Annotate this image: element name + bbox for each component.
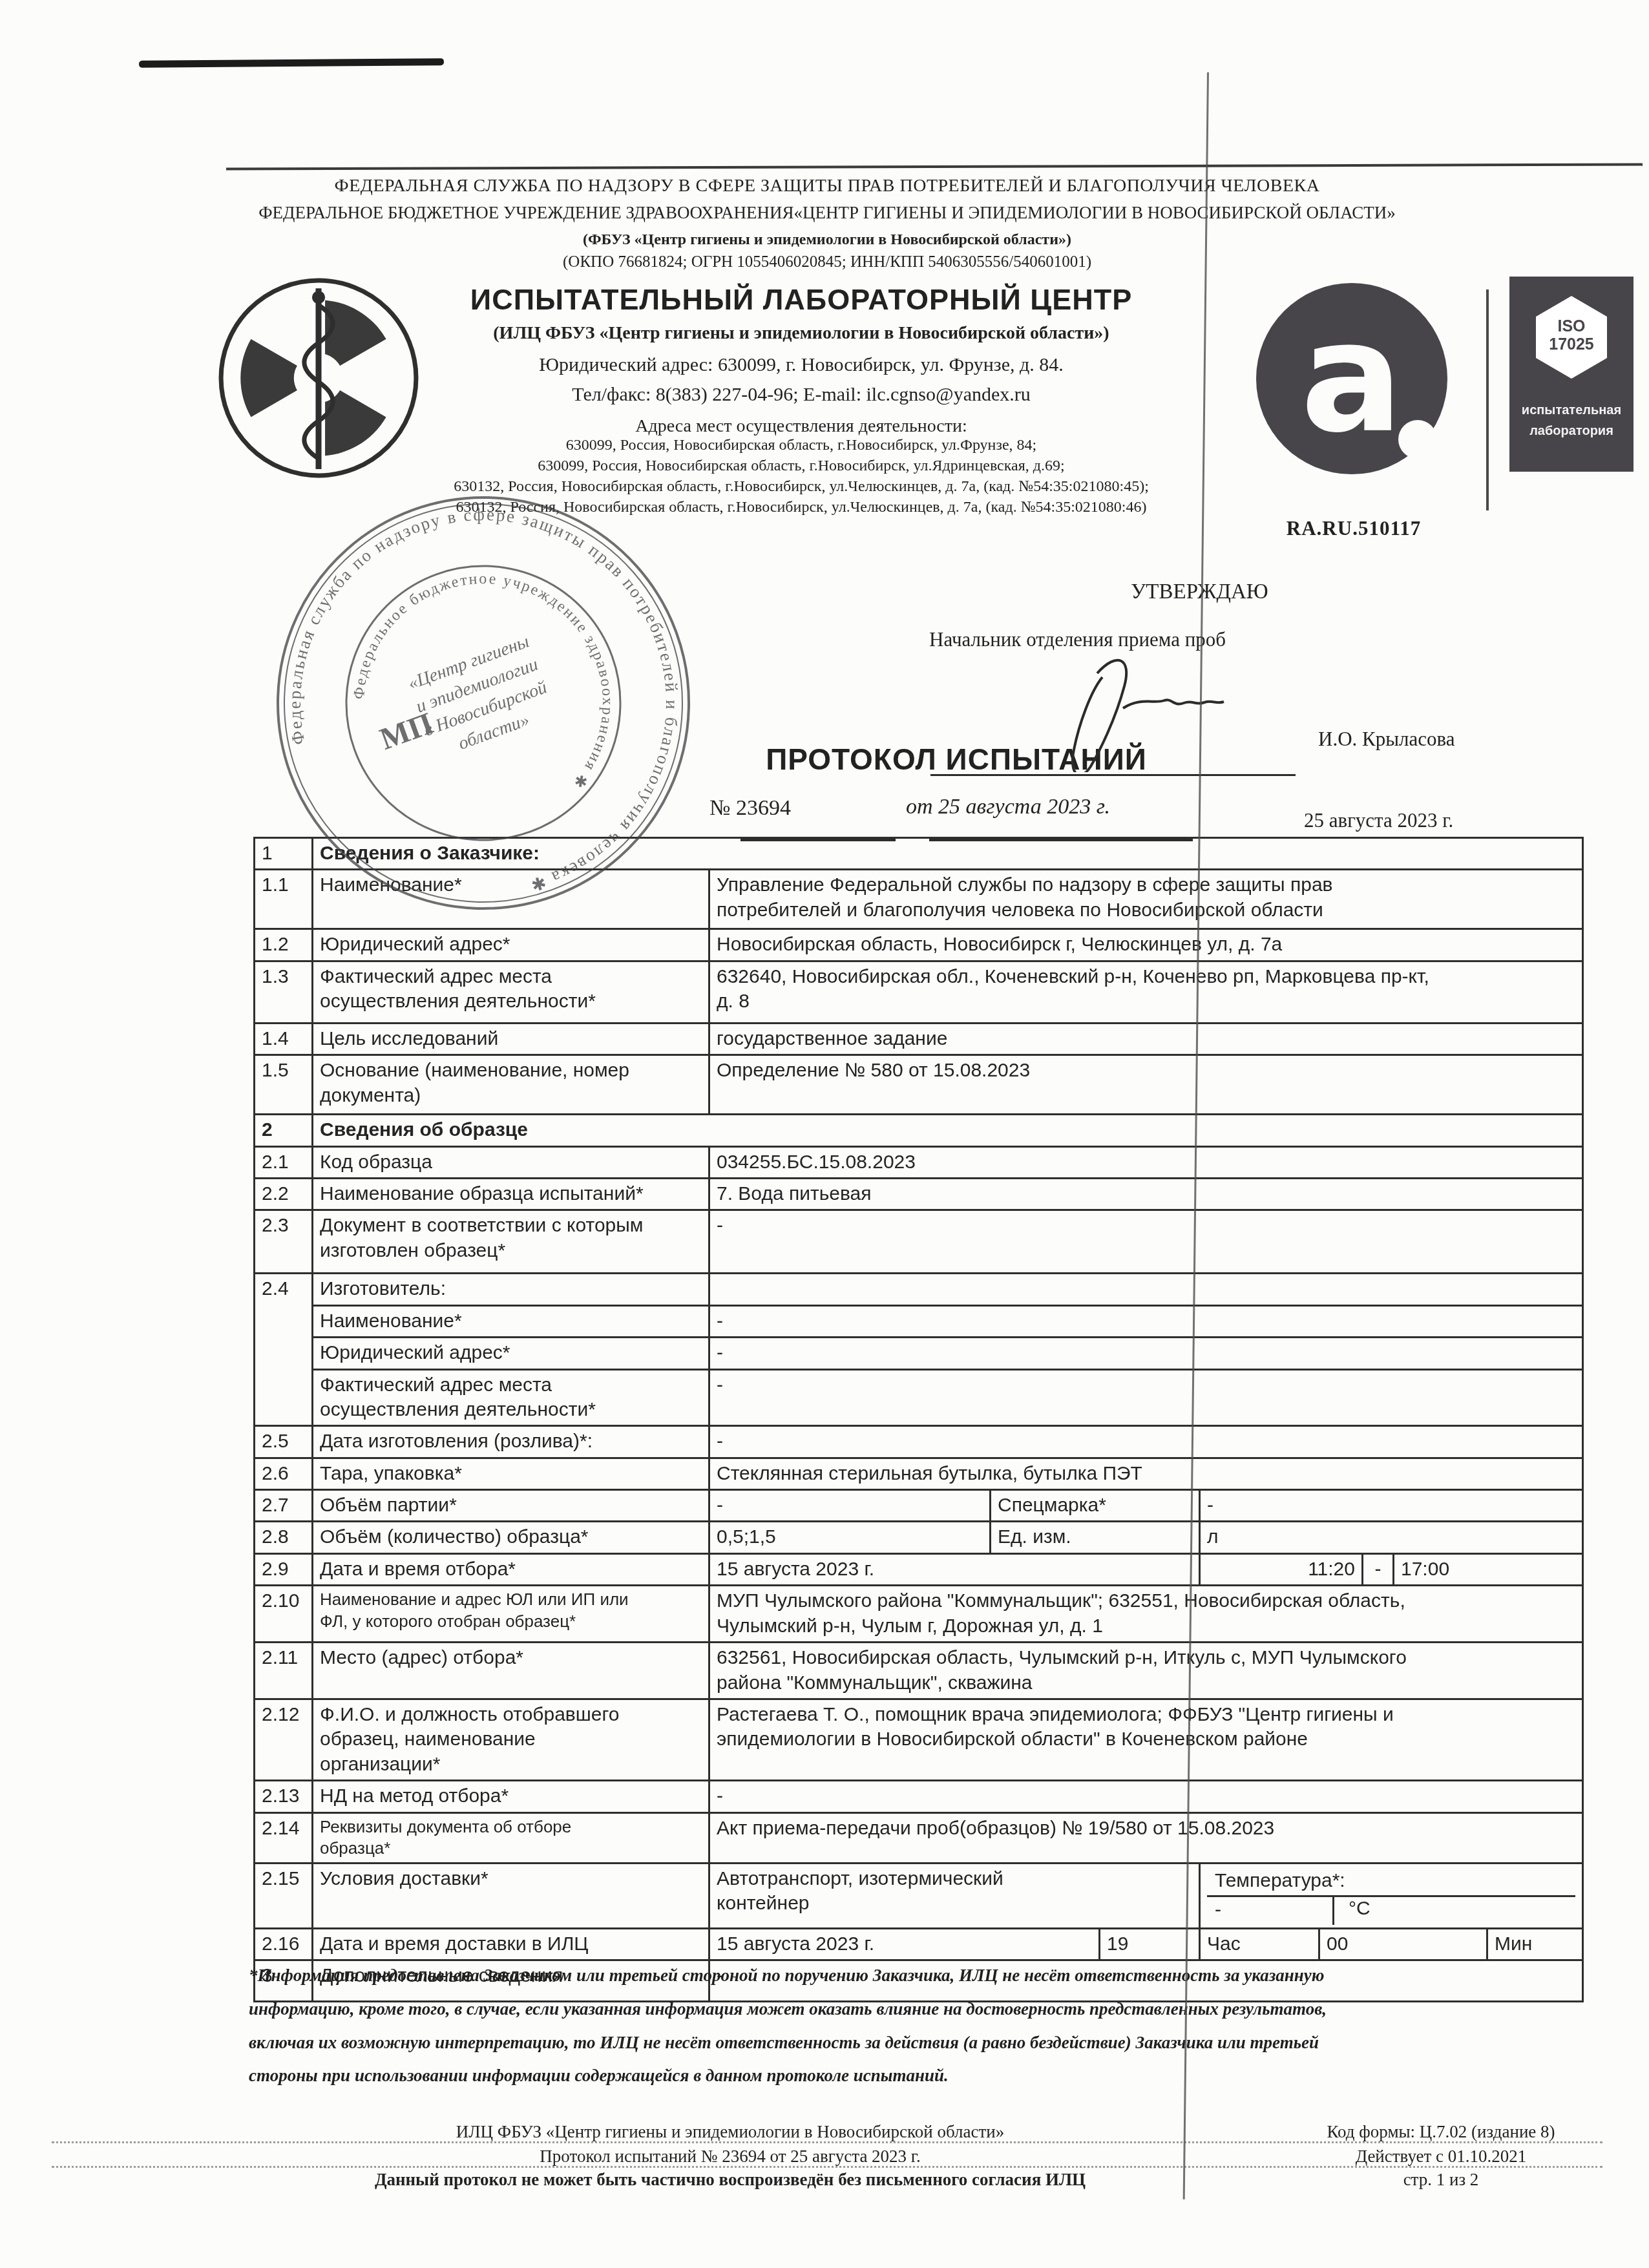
row-label: Дата и время доставки в ИЛЦ (313, 1928, 709, 1960)
row-label: Наименование и адрес ЮЛ или ИП или ФЛ, у… (313, 1586, 709, 1643)
table-row: 2.11 Место (адрес) отбора* 632561, Новос… (255, 1643, 1583, 1699)
footer-protocol-ref: Протокол испытаний № 23694 от 25 августа… (246, 2147, 1215, 2167)
row-value: Новосибирская область, Новосибирск г, Че… (709, 929, 1583, 961)
logo-divider (1486, 289, 1489, 510)
row-label: Документ в соответствии с которым изгото… (313, 1210, 709, 1274)
row-value: - (709, 1426, 1583, 1458)
scanned-test-protocol-page: ФЕДЕРАЛЬНАЯ СЛУЖБА ПО НАДЗОРУ В СФЕРЕ ЗА… (0, 0, 1649, 2268)
delivery-minute-value: 00 (1319, 1928, 1487, 1960)
row-number: 1.5 (255, 1055, 313, 1115)
row-number: 2.9 (255, 1553, 313, 1585)
table-row: 2.16 Дата и время доставки в ИЛЦ 15 авгу… (255, 1928, 1583, 1960)
row-label: Тара, упаковка* (313, 1458, 709, 1489)
temperature-block: Температура*: - °С (1200, 1863, 1583, 1928)
table-group-row: 2.4 Изготовитель: (255, 1274, 1583, 1305)
approver-signature (1040, 646, 1241, 772)
row-number: 2.3 (255, 1210, 313, 1274)
lab-center-subtitle: (ИЛЦ ФБУЗ «Центр гигиены и эпидемиологии… (310, 323, 1292, 344)
row-label: Объём (количество) образца* (313, 1522, 709, 1553)
footer-valid-from: Действует с 01.10.2021 (1279, 2147, 1602, 2167)
table-row: 1.3 Фактический адрес места осуществлени… (255, 961, 1583, 1023)
iso-17025-badge: ISO 17025 испытательная лаборатория (1509, 277, 1633, 472)
row-value: - (709, 1781, 1583, 1812)
row-value: Автотранспорт, изотермический контейнер (709, 1863, 1200, 1928)
table-row: 2.13 НД на метод отбора* - (255, 1781, 1583, 1812)
row-label: Фактический адрес места осуществления де… (313, 1369, 709, 1426)
row-value: Акт приема-передачи проб(образцов) № 19/… (709, 1812, 1583, 1863)
iso-caption: лаборатория (1509, 424, 1633, 439)
sampling-time-dash: - (1363, 1553, 1394, 1585)
table-row: 2.15 Условия доставки* Автотранспорт, из… (255, 1863, 1583, 1928)
svg-text:Федеральное бюджетное учрежден: Федеральное бюджетное учреждение здравоо… (322, 533, 648, 856)
stamp-center-line: «Центр гигиены (405, 631, 532, 693)
row-value: - (709, 1338, 1583, 1369)
row-number: 1 (255, 838, 313, 870)
row-value: 0,5;1,5 (709, 1522, 991, 1553)
row-label: Реквизиты документа об отборе образца* (313, 1812, 709, 1863)
row-label: Условия доставки* (313, 1863, 709, 1928)
sampling-time-from: 11:20 (1200, 1553, 1363, 1585)
footer-copy-restriction: Данный протокол не может быть частично в… (213, 2170, 1247, 2190)
activity-address: 630132, Россия, Новосибирская область, г… (194, 499, 1409, 516)
table-row: 2.10 Наименование и адрес ЮЛ или ИП или … (255, 1586, 1583, 1643)
section-title: Сведения об образце (313, 1115, 1583, 1146)
delivery-hour-label: Час (1200, 1928, 1319, 1960)
table-row: 2.6 Тара, упаковка* Стеклянная стерильна… (255, 1458, 1583, 1489)
row-subvalue: - (1200, 1490, 1583, 1522)
scan-artifact-bar (139, 58, 444, 68)
row-value: - (709, 1369, 1583, 1426)
row-value: 034255.БС.15.08.2023 (709, 1146, 1583, 1178)
institution-codes: (ОКПО 76681824; ОГРН 1055406020845; ИНН/… (90, 253, 1564, 271)
table-row: 2.2 Наименование образца испытаний* 7. В… (255, 1178, 1583, 1210)
table-row: 2.12 Ф.И.О. и должность отобравшего обра… (255, 1699, 1583, 1781)
row-label: Дата изготовления (розлива)*: (313, 1426, 709, 1458)
table-section-row: 1 Сведения о Заказчике: (255, 838, 1583, 870)
table-row: 2.7 Объём партии* - Спецмарка* - (255, 1490, 1583, 1522)
row-number: 2.7 (255, 1490, 313, 1522)
row-sublabel: Спецмарка* (991, 1490, 1200, 1522)
table-row: 1.2 Юридический адрес* Новосибирская обл… (255, 929, 1583, 961)
row-value: Определение № 580 от 15.08.2023 (709, 1055, 1583, 1115)
row-subvalue: л (1200, 1522, 1583, 1553)
approval-date: 25 августа 2023 г. (1304, 809, 1453, 832)
stamp-center-line: области» (456, 710, 532, 754)
row-number: 1.2 (255, 929, 313, 961)
row-value: 15 августа 2023 г. (709, 1928, 1100, 1960)
institution-short-name: (ФБУЗ «Центр гигиены и эпидемиологии в Н… (90, 231, 1564, 249)
delivery-hour-value: 19 (1100, 1928, 1200, 1960)
row-value: - (709, 1210, 1583, 1274)
row-label: Цель исследований (313, 1023, 709, 1055)
row-label: Юридический адрес* (313, 929, 709, 961)
table-row: 2.1 Код образца 034255.БС.15.08.2023 (255, 1146, 1583, 1178)
approver-name: И.О. Крыласова (1318, 728, 1455, 751)
row-sublabel: Ед. изм. (991, 1522, 1200, 1553)
row-number: 2.15 (255, 1863, 313, 1928)
row-number: 1.1 (255, 870, 313, 929)
row-number: 2.16 (255, 1928, 313, 1960)
row-number: 2.12 (255, 1699, 313, 1781)
row-label: Ф.И.О. и должность отобравшего образец, … (313, 1699, 709, 1781)
header-rule-line (226, 163, 1643, 171)
row-label: Код образца (313, 1146, 709, 1178)
iso-label: ISO (1557, 317, 1585, 335)
row-value: 632561, Новосибирская область, Чулымский… (709, 1643, 1583, 1699)
table-section-row: 2 Сведения об образце (255, 1115, 1583, 1146)
row-label: Место (адрес) отбора* (313, 1643, 709, 1699)
stamp-center-line: и эпидемиологии (414, 655, 541, 717)
table-row: 2.3 Документ в соответствии с которым из… (255, 1210, 1583, 1274)
temperature-label: Температура*: (1207, 1867, 1575, 1897)
row-number: 2.4 (255, 1274, 313, 1426)
row-value: МУП Чулымского района "Коммунальщик"; 63… (709, 1586, 1583, 1643)
row-number: 2.8 (255, 1522, 313, 1553)
row-label: Объём партии* (313, 1490, 709, 1522)
row-label: НД на метод отбора* (313, 1781, 709, 1812)
iso-number: 17025 (1549, 335, 1594, 353)
row-value: Растегаева Т. О., помощник врача эпидеми… (709, 1699, 1583, 1781)
row-number: 2.13 (255, 1781, 313, 1812)
table-subrow: Наименование* - (255, 1305, 1583, 1337)
row-value: Стеклянная стерильная бутылка, бутылка П… (709, 1458, 1583, 1489)
sample-info-table: 1 Сведения о Заказчике: 1.1 Наименование… (253, 837, 1584, 2002)
table-row: 2.14 Реквизиты документа об отборе образ… (255, 1812, 1583, 1863)
table-row: 1.4 Цель исследований государственное за… (255, 1023, 1583, 1055)
table-subrow: Юридический адрес* - (255, 1338, 1583, 1369)
row-number: 2.6 (255, 1458, 313, 1489)
rosaccreditation-mark-icon: a (1255, 277, 1449, 490)
delivery-minute-label: Мин (1487, 1928, 1583, 1960)
row-label: Юридический адрес* (313, 1338, 709, 1369)
table-row: 1.1 Наименование* Управление Федеральной… (255, 870, 1583, 929)
row-number: 1.3 (255, 961, 313, 1023)
stamp-mp-mark: МП (375, 706, 437, 757)
protocol-number: № 23694 (709, 796, 791, 821)
row-label: Изготовитель: (313, 1274, 709, 1305)
footer-page-number: стр. 1 из 2 (1279, 2170, 1602, 2190)
institution-name: ФЕДЕРАЛЬНОЕ БЮДЖЕТНОЕ УЧРЕЖДЕНИЕ ЗДРАВОО… (90, 203, 1564, 223)
row-label: Наименование* (313, 870, 709, 929)
approval-title: УТВЕРЖДАЮ (1131, 580, 1268, 604)
footer-org-name: ИЛЦ ФБУЗ «Центр гигиены и эпидемиологии … (246, 2122, 1215, 2142)
table-row: 1.5 Основание (наименование, номер докум… (255, 1055, 1583, 1115)
stamp-inner-text: Федеральное бюджетное учреждение здравоо… (322, 533, 648, 856)
phone-email: Тел/факс: 8(383) 227-04-96; E-mail: ilc.… (310, 384, 1292, 406)
lab-center-title: ИСПЫТАТЕЛЬНЫЙ ЛАБОРАТОРНЫЙ ЦЕНТР (310, 283, 1292, 317)
row-value: 632640, Новосибирская обл., Коченевский … (709, 961, 1583, 1023)
row-label: Основание (наименование, номер документа… (313, 1055, 709, 1115)
table-subrow: Фактический адрес места осуществления де… (255, 1369, 1583, 1426)
row-number: 2.10 (255, 1586, 313, 1643)
row-number: 2.1 (255, 1146, 313, 1178)
row-value: 7. Вода питьевая (709, 1178, 1583, 1210)
row-label: Дата и время отбора* (313, 1553, 709, 1585)
footer-form-code: Код формы: Ц.7.02 (издание 8) (1279, 2122, 1602, 2142)
row-value: Управление Федеральной службы по надзору… (709, 870, 1583, 929)
row-value: 15 августа 2023 г. (709, 1553, 1200, 1585)
temperature-value: - (1207, 1897, 1334, 1925)
medical-service-emblem-icon (215, 274, 423, 482)
row-value (709, 1274, 1583, 1305)
disclaimer-footnote: *Информация предоставлена Заказчиком или… (249, 1959, 1502, 2093)
legal-address: Юридический адрес: 630099, г. Новосибирс… (310, 354, 1292, 376)
row-number: 2.14 (255, 1812, 313, 1863)
svg-text:a: a (1301, 290, 1403, 467)
row-label: Наименование образца испытаний* (313, 1178, 709, 1210)
row-label: Наименование* (313, 1305, 709, 1337)
row-value: - (709, 1305, 1583, 1337)
row-label: Фактический адрес места осуществления де… (313, 961, 709, 1023)
stamp-center-line: в Новосибирской (421, 677, 550, 740)
row-value: государственное задание (709, 1023, 1583, 1055)
row-number: 2 (255, 1115, 313, 1146)
table-row: 2.8 Объём (количество) образца* 0,5;1,5 … (255, 1522, 1583, 1553)
federal-service-name: ФЕДЕРАЛЬНАЯ СЛУЖБА ПО НАДЗОРУ В СФЕРЕ ЗА… (90, 176, 1564, 196)
table-row: 2.5 Дата изготовления (розлива)*: - (255, 1426, 1583, 1458)
table-row: 2.9 Дата и время отбора* 15 августа 2023… (255, 1553, 1583, 1585)
iso-hexagon-icon: ISO 17025 (1536, 296, 1607, 379)
section-title: Сведения о Заказчике: (313, 838, 1583, 870)
protocol-date: от 25 августа 2023 г. (906, 795, 1110, 819)
row-number: 2.5 (255, 1426, 313, 1458)
accreditation-number: RA.RU.510117 (1231, 517, 1476, 540)
temperature-unit: °С (1334, 1897, 1575, 1925)
activity-addresses-caption: Адреса мест осуществления деятельности: (310, 416, 1292, 437)
row-number: 2.2 (255, 1178, 313, 1210)
row-value: - (709, 1490, 991, 1522)
row-number: 1.4 (255, 1023, 313, 1055)
row-number: 2.11 (255, 1643, 313, 1699)
sampling-time-to: 17:00 (1394, 1553, 1583, 1585)
iso-caption: испытательная (1509, 403, 1633, 418)
